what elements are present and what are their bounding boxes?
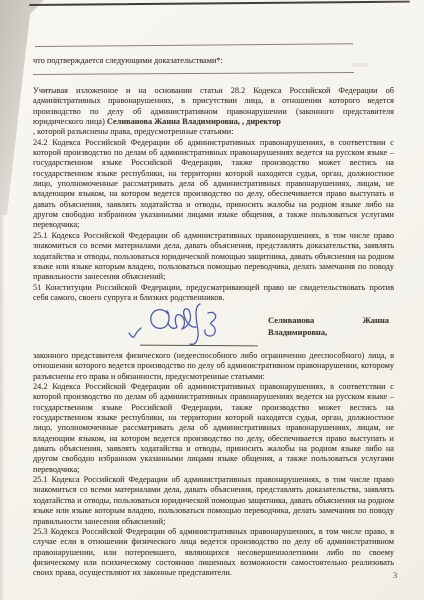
article-24-2-text-2: 24.2 Кодекса Российской Федерации об адм… [33,382,394,475]
scanned-document-page: что подтверждается следующими доказатель… [0,0,424,600]
article-24-2-text: 24.2 Кодекса Российской Федерации об адм… [33,138,394,231]
signatory-name-line1: Селиванова Жанна [268,315,389,327]
scan-top-edge-line [29,1,410,6]
evidence-confirmation-line: что подтверждается следующими доказатель… [33,56,393,66]
scan-left-edge [0,205,5,600]
rights-explained-line: , которой разъяснены права, предусмотрен… [33,127,394,137]
legal-representative-lead: законного представителя физического (нед… [33,351,394,382]
signatory-patronymic: Владимировна, [268,327,389,339]
article-25-1-text-2: 25.1 Кодекса Российской Федерации об адм… [33,475,394,527]
handwritten-signature [122,299,254,351]
ruled-blank-line [33,72,354,75]
signatory-name-block: Селиванова Жанна Владимировна, [268,315,389,338]
article-25-3-text: 25.3 Кодекса Российской Федерации об адм… [33,527,394,579]
signatory-firstname: Жанна [363,315,390,327]
page-number: 3 [393,570,397,580]
rights-section-legal-entity: Учитывая изложенное и на основании стать… [33,86,394,303]
representative-name-bold: Селиванова Жанна Владимировна, , директо… [107,117,281,126]
signatory-surname: Селиванова [268,315,314,327]
considering-lead-paragraph: Учитывая изложенное и на основании стать… [33,86,394,127]
rights-section-individual: законного представителя физического (нед… [33,351,394,579]
article-25-1-text: 25.1 Кодекса Российской Федерации об адм… [33,231,394,283]
ruled-blank-line [35,43,353,47]
